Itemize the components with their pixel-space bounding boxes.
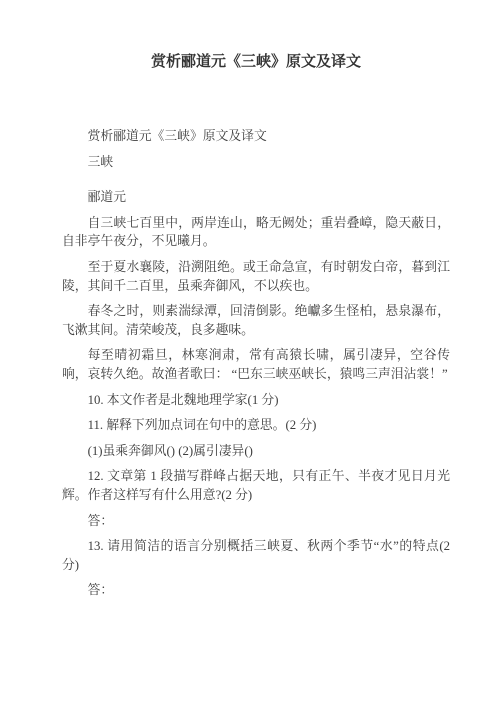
question-13: 13. 请用简洁的语言分别概括三峡夏、秋两个季节“水”的特点(2 分)	[62, 537, 450, 574]
paragraph-gorge-mountains: 自三峡七百里中，两岸连山，略无阙处；重岩叠嶂，隐天蔽日，自非亭午夜分，不见曦月。	[62, 214, 450, 251]
work-title: 三峡	[62, 153, 450, 172]
paragraph-summer-water: 至于夏水襄陵，沿溯阻绝。或王命急宣，有时朝发白帝，暮到江陵，其间千二百里，虽乘奔…	[62, 258, 450, 295]
question-12: 12. 文章第 1 段描写群峰占据天地，只有正午、半夜才见日月光辉。作者这样写有…	[62, 467, 450, 504]
author-name: 郦道元	[62, 188, 450, 207]
question-11: 11. 解释下列加点词在句中的意思。(2 分)	[62, 416, 450, 435]
document-title: 赏析郦道元《三峡》原文及译文	[62, 52, 450, 73]
document-page: 赏析郦道元《三峡》原文及译文 赏析郦道元《三峡》原文及译文 三峡 郦道元 自三峡…	[0, 0, 500, 707]
paragraph-autumn-monkeys: 每至晴初霜旦，林寒涧肃，常有高猿长啸，属引凄异，空谷传响，哀转久绝。故渔者歌曰：…	[62, 346, 450, 383]
document-subtitle: 赏析郦道元《三峡》原文及译文	[62, 127, 450, 146]
question-11-blanks: (1)虽乘奔御风() (2)属引凄异()	[62, 442, 450, 461]
question-10: 10. 本文作者是北魏地理学家(1 分)	[62, 391, 450, 410]
paragraph-spring-winter: 春冬之时，则素湍绿潭，回清倒影。绝巘多生怪柏，悬泉瀑布，飞漱其间。清荣峻茂，良多…	[62, 302, 450, 339]
answer-label-q13: 答：	[62, 581, 450, 600]
answer-label-q12: 答：	[62, 512, 450, 531]
